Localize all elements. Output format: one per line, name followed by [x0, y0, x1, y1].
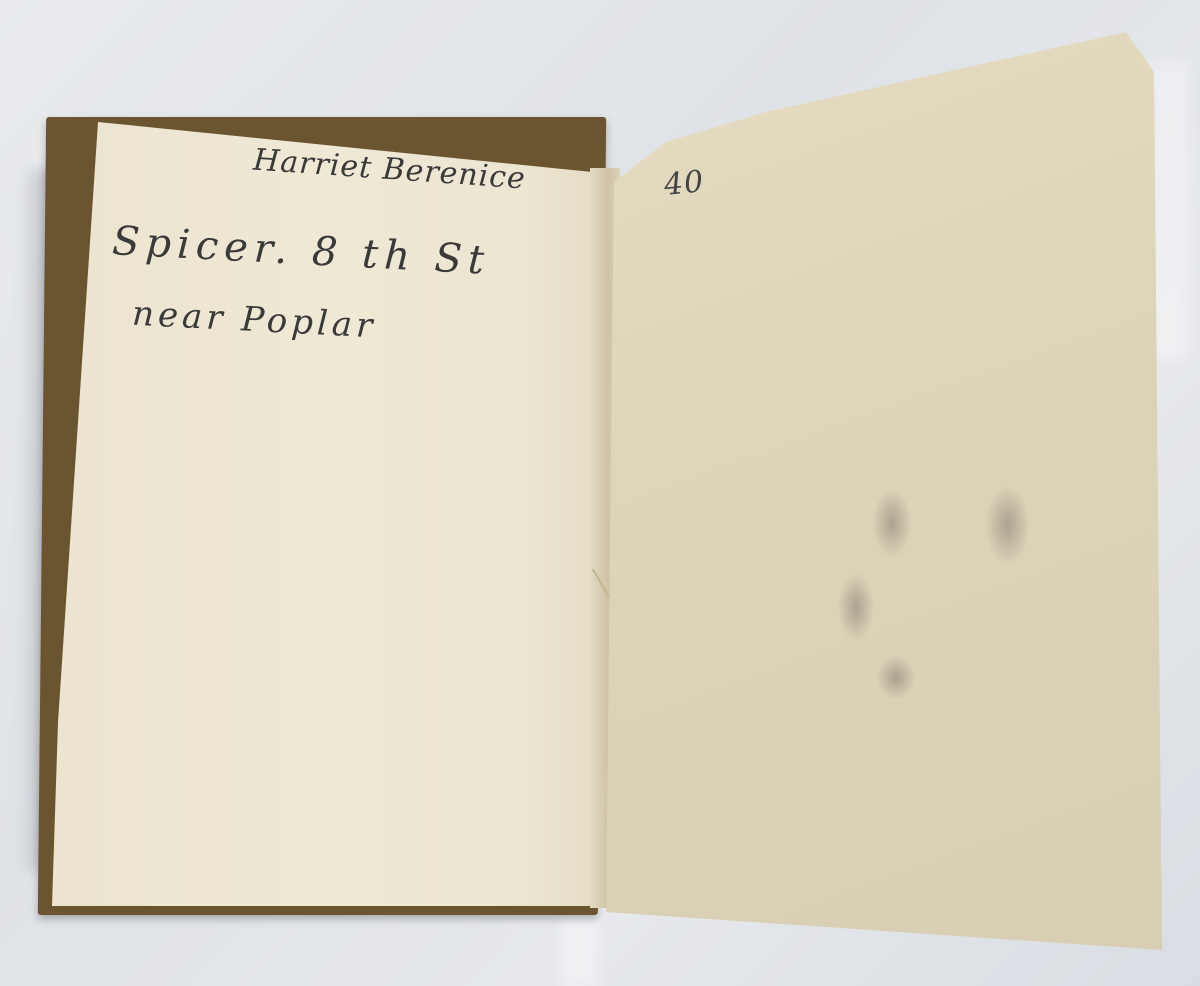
fingerprint-smudge [876, 655, 916, 700]
fingerprint-smudge [838, 572, 874, 642]
fingerprint-smudge [985, 485, 1030, 565]
page-number: 40 [662, 164, 706, 203]
fingerprint-smudge [872, 488, 912, 558]
